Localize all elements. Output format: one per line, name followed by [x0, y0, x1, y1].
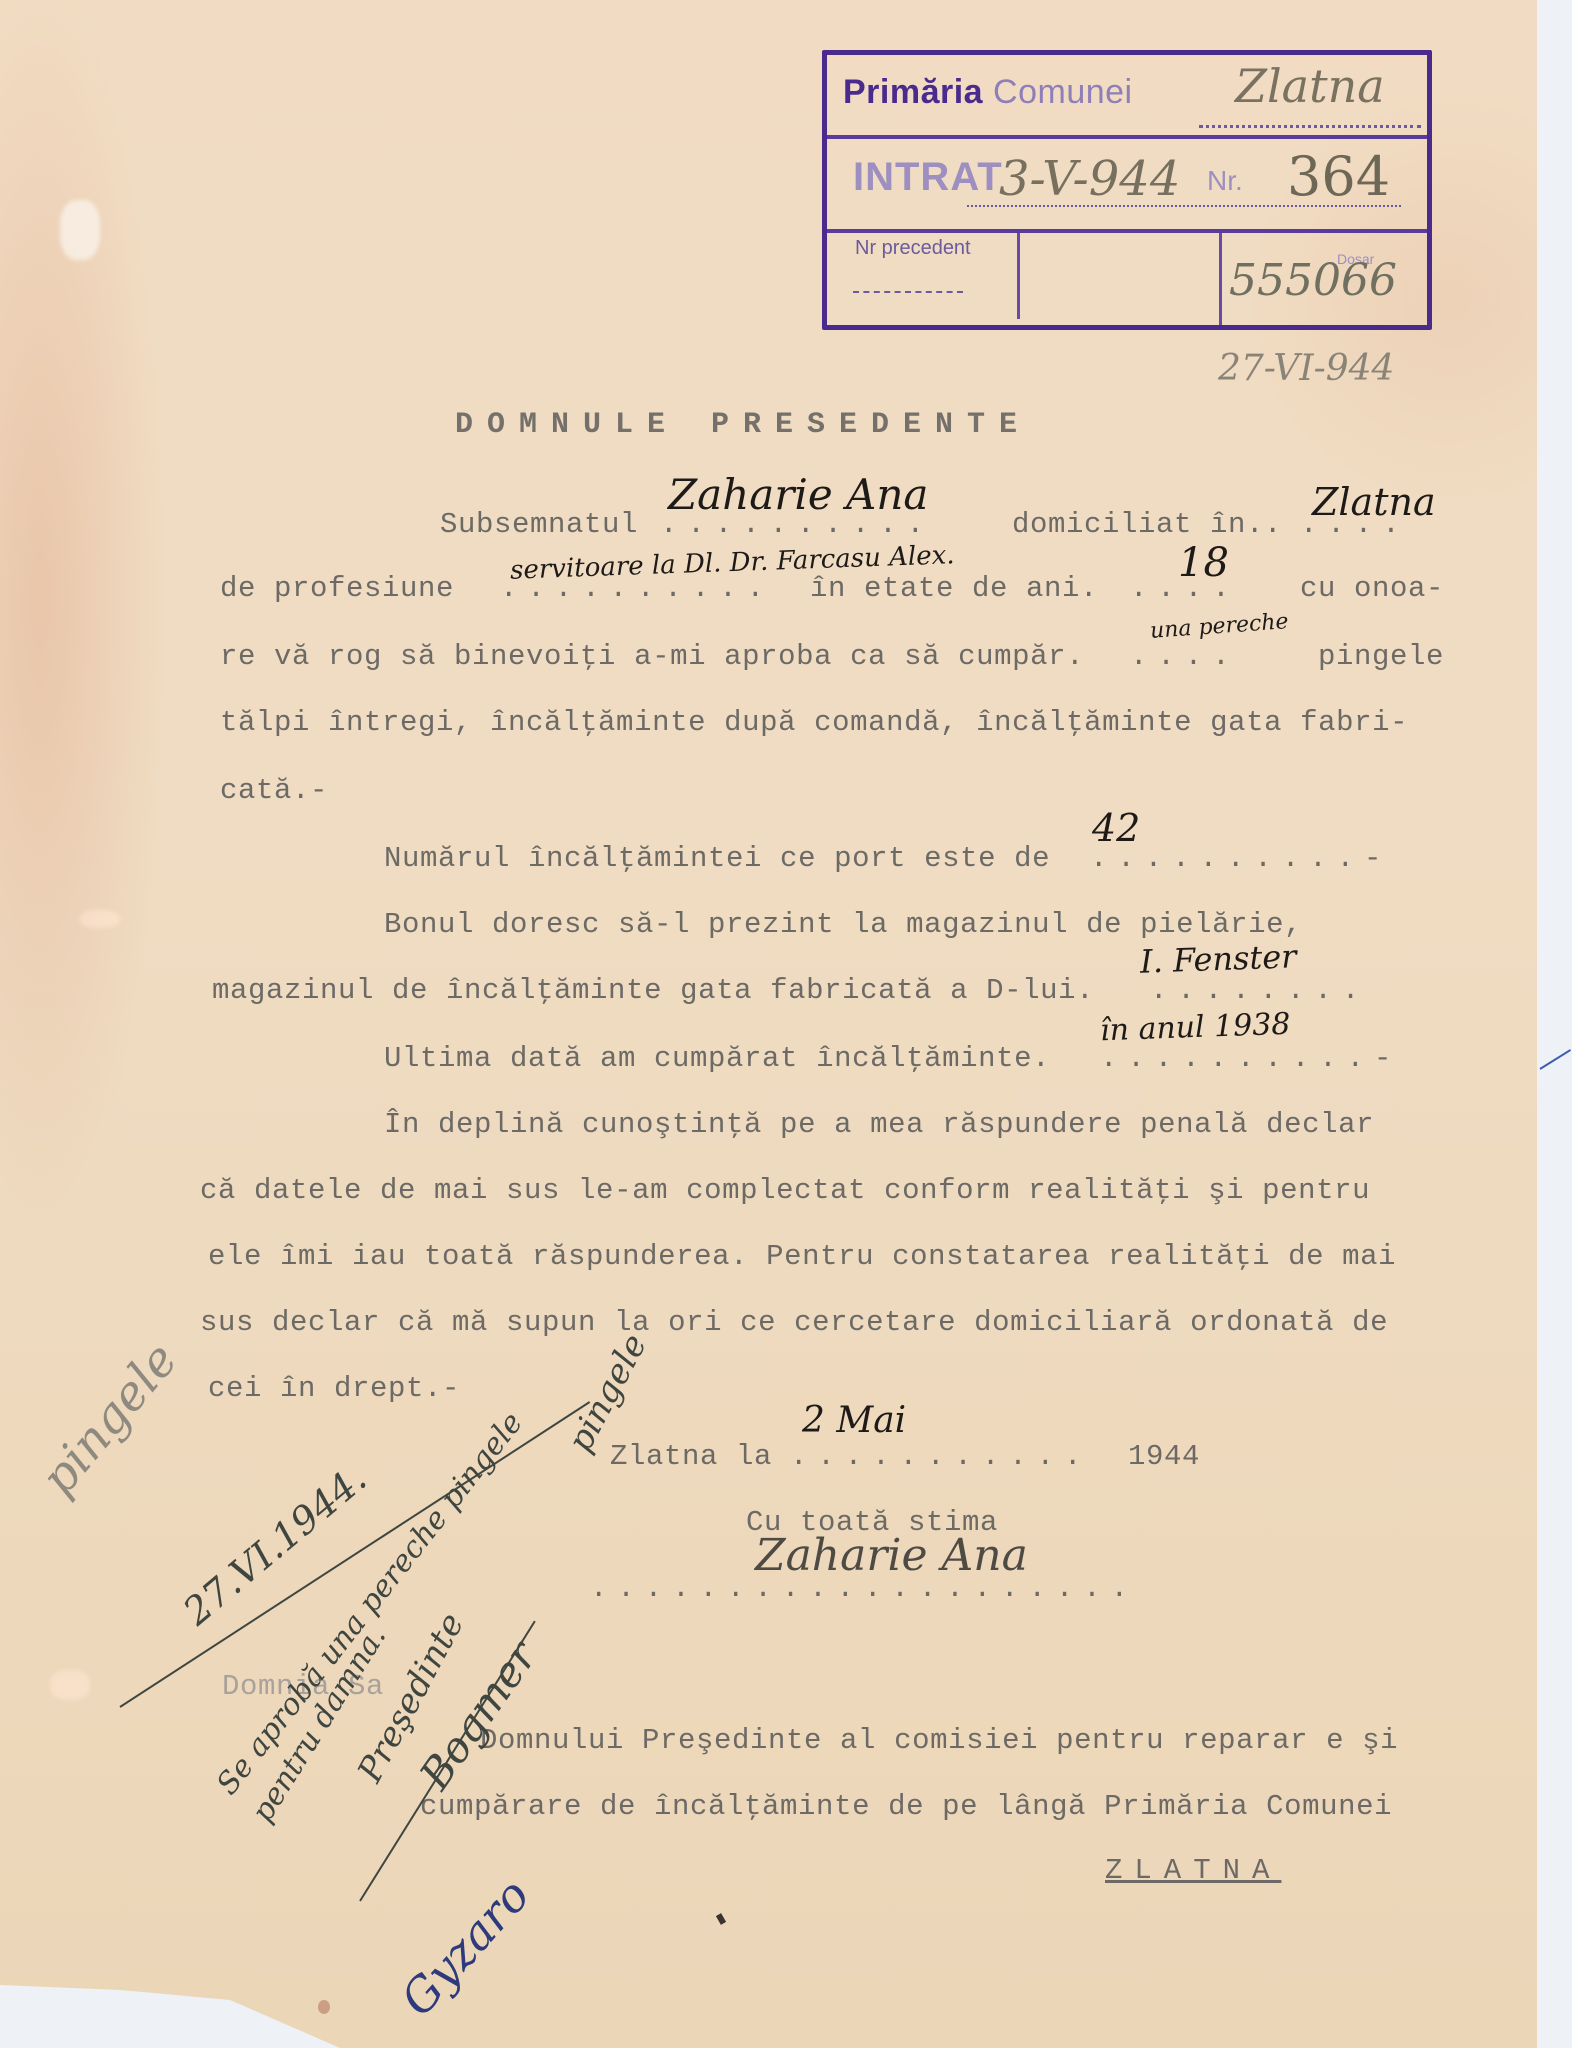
dotted-leader: .... [1130, 640, 1240, 673]
typed-shop-line-2: magazinul de încălţăminte gata fabricată… [212, 974, 1094, 1007]
stamp-nr-label: Nr. [1207, 165, 1243, 197]
declaration-line: ele îmi iau toată răspunderea. Pentru co… [208, 1240, 1396, 1273]
typed-year: 1944 [1128, 1440, 1200, 1473]
typed-de-profesiune: de profesiune [220, 572, 454, 605]
addressee-city: ZLATNA [1105, 1854, 1281, 1887]
handwritten-name: Zaharie Ana [668, 470, 928, 519]
document-paper: Primăria Comunei Zlatna INTRAT 3-V-944 N… [0, 0, 1537, 2048]
handwritten-age: 18 [1178, 540, 1229, 586]
handwritten-last-purchase: în anul 1938 [1099, 1007, 1291, 1049]
addressee-line: cumpărare de încălţăminte de pe lângă Pr… [420, 1790, 1392, 1823]
stamp-column-divider [1219, 233, 1222, 325]
typed-subsemnatul: Subsemnatul [440, 508, 638, 541]
addressee-line: Domnului Preşedinte al comisiei pentru r… [480, 1724, 1398, 1757]
signature-dotted-line: .................... [590, 1572, 1138, 1605]
pencil-margin-note: pingele [30, 1332, 189, 1506]
declaration-line: sus declar că mă supun la ori ce cerceta… [200, 1306, 1388, 1339]
stamp-dotted-line [967, 205, 1401, 207]
declaration-line: În deplină cunoştinţă pe a mea răspunder… [384, 1108, 1374, 1141]
handwritten-shoe-size: 42 [1092, 806, 1140, 850]
typed-cu-onoare: cu onoa- [1300, 572, 1444, 605]
handwritten-domicile: Zlatna [1312, 480, 1436, 524]
stamp-intrat-date: 3-V-944 [999, 151, 1180, 207]
registry-stamp: Primăria Comunei Zlatna INTRAT 3-V-944 N… [822, 50, 1432, 330]
stamp-title: Primăria Comunei [843, 73, 1133, 112]
typed-shoe-size-label: Numărul încălţămintei ce port este de [384, 842, 1050, 875]
dotted-leader: ..........- [1100, 1042, 1401, 1075]
typed-shop-line-1: Bonul doresc să-l prezint la magazinul d… [384, 908, 1302, 941]
typed-domiciliat: domiciliat în.. [1012, 508, 1282, 541]
typed-aprobare: re vă rog să binevoiţi a-mi aproba ca să… [220, 640, 1084, 673]
dotted-leader: ........... [790, 1440, 1091, 1473]
handwritten-date: 2 Mai [802, 1400, 906, 1441]
handwritten-shop-name: I. Fenster [1139, 937, 1297, 980]
stain-dot [318, 2000, 330, 2014]
typed-line-5: cată.- [220, 774, 328, 807]
typed-last-purchase-label: Ultima dată am cumpărat încălţăminte. [384, 1042, 1050, 1075]
blue-ink-signature: Gyzaro [390, 1868, 540, 2026]
stamp-nr-value: 364 [1287, 145, 1390, 208]
stamp-dotted-line [1199, 125, 1421, 128]
stamp-nr-precedent-label: Nr precedent [855, 237, 971, 260]
page-title: DOMNULE PRESEDENTE [455, 408, 1031, 442]
stamp-title-primaria: Primăria [843, 73, 983, 111]
stamp-locality: Zlatna [1235, 59, 1385, 113]
typed-place: Zlatna la [610, 1440, 772, 1473]
declaration-line: cei în drept.- [208, 1372, 460, 1405]
paper-tear-mark [50, 1670, 90, 1700]
stamp-dotted-line [853, 291, 963, 293]
typed-line-4: tălpi întregi, încălţăminte după comandă… [220, 706, 1408, 739]
paper-tear-mark [80, 910, 120, 928]
stamp-column-divider [1017, 233, 1020, 319]
typed-in-etate: în etate de ani. [810, 572, 1098, 605]
ink-speck [716, 1913, 726, 1925]
pen-mark [1539, 1049, 1571, 1070]
typed-pingele: pingele [1318, 640, 1444, 673]
paper-tear-mark [60, 200, 100, 260]
stamp-dosar-value: 555066 [1229, 255, 1397, 306]
registration-date-note: 27-VI-944 [1218, 348, 1394, 389]
declaration-line: că datele de mai sus le-am complectat co… [200, 1174, 1370, 1207]
stamp-intrat-label: INTRAT [853, 155, 1003, 200]
stamp-title-comunei: Comunei [993, 73, 1133, 111]
handwritten-item: una pereche [1149, 609, 1289, 644]
